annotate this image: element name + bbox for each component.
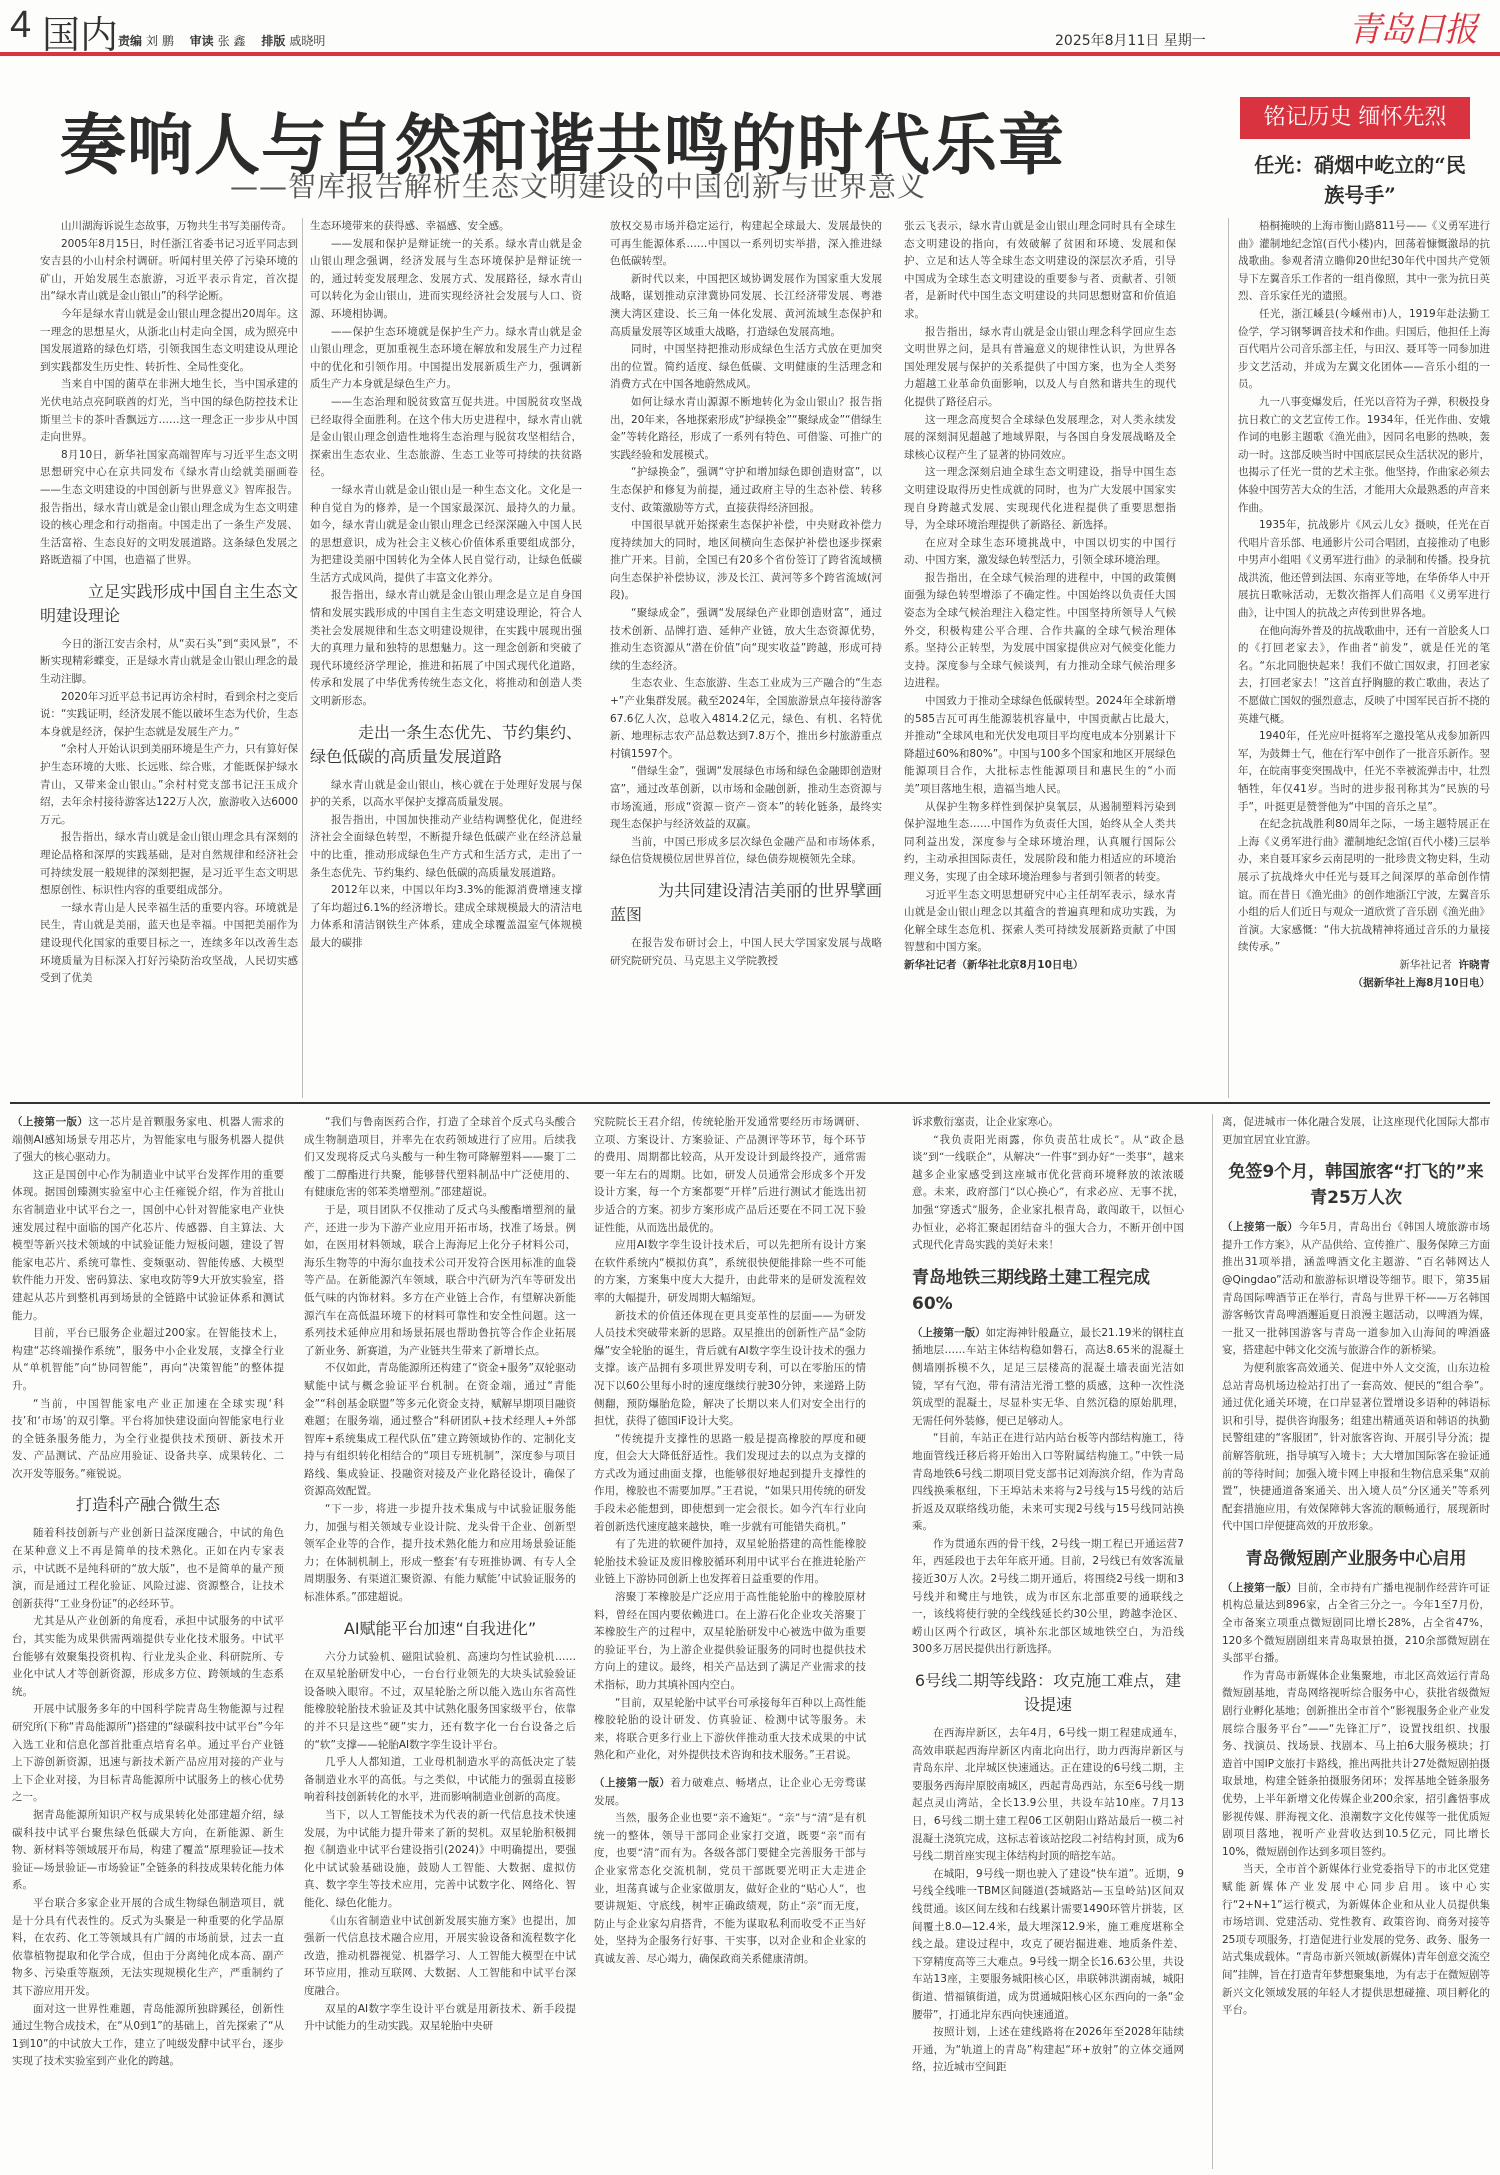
paragraph: 按照计划，上述在建线路将在2026年至2028年陆续开通，为“轨道上的青岛”构建…	[912, 2024, 1184, 2077]
lead-column-1: 山川湖海诉说生态故事，万物共生书写美丽传奇。 2005年8月15日，时任浙江省委…	[40, 218, 298, 1098]
paragraph: 新技术的价值还体现在更具变革性的层面——为研发人员技术突破带来新的思路。双星推出…	[594, 1308, 866, 1431]
lower-column-2: “我们与鲁南医药合作，打造了全球首个反式乌头酸合成生物制造项目，并率先在农药领域…	[304, 1114, 576, 2169]
paragraph: 2005年8月15日，时任浙江省委书记习近平同志到安吉县的小山村余村调研。听闻村…	[40, 236, 298, 306]
paragraph: 在他向海外普及的抗战歌曲中，还有一首脍炙人口的《打回老家去》，作曲者“前发”，就…	[1238, 623, 1490, 729]
paragraph: 从保护生物多样性到保护臭氧层，从遏制塑料污染到保护湿地生态……中国作为负责任大国…	[904, 799, 1176, 887]
paragraph: 当天，全市首个新媒体行业党委指导下的市北区党建赋能新媒体产业发展中心同步启用。该…	[1222, 1861, 1490, 2019]
section-title: 国内	[42, 4, 118, 59]
paragraph: 应用AI数字孪生设计技术后，可以先把所有设计方案在软件系统内“模拟仿真”，系统很…	[594, 1237, 866, 1307]
paragraph: 新时代以来，中国把区域协调发展作为国家重大发展战略，谋划推动京津冀协同发展、长江…	[610, 271, 882, 341]
credit-role: 审读	[190, 34, 214, 48]
paragraph: 一绿水青山就是金山银山是一种生态文化。文化是一种自觉自为的修养，是一个国家最深沉…	[310, 482, 582, 588]
header-divider	[0, 52, 1500, 56]
paragraph: 习近平生态文明思想研究中心主任胡军表示，绿水青山就是金山银山理念以其蕴含的普遍真…	[904, 887, 1176, 957]
lead-column-3: 放权交易市场并稳定运行，构建起全球最大、发展最快的可再生能源体系……中国以一系列…	[610, 218, 882, 1098]
paragraph: “我们与鲁南医药合作，打造了全球首个反式乌头酸合成生物制造项目，并率先在农药领域…	[304, 1114, 576, 1202]
paragraph: 在纪念抗战胜利80周年之际，一场主题特展正在上海《义勇军进行曲》灌制地纪念馆(百…	[1238, 816, 1490, 957]
paragraph: 有了先进的软硬件加持，双星轮胎搭建的高性能橡胶轮胎技术验证及废旧橡胶循环利用中试…	[594, 1536, 866, 1589]
issue-date: 2025年8月11日 星期一	[1055, 30, 1206, 50]
paragraph: 报告指出，绿水青山就是金山银山理念科学回应生态文明世界之问，是具有普遍意义的规律…	[904, 324, 1176, 412]
paragraph: 为便利旅客高效通关、促进中外人文交流，山东边检总站青岛机场边检站打出了一套高效、…	[1222, 1360, 1490, 1536]
credit-name: 张 鑫	[218, 34, 246, 48]
credit-name: 戚晓明	[289, 34, 325, 48]
paragraph: 几乎人人都知道，工业母机制造水平的高低决定了装备制造业水平的高低。与之类似，中试…	[304, 1754, 576, 1807]
paragraph: “下一步，将进一步提升技术集成与中试验证服务能力，加强与相关领域专业设计院、龙头…	[304, 1501, 576, 1607]
paragraph: 绿水青山就是金山银山，核心就在于处理好发展与保护的关系，以高水平保护支撑高质量发…	[310, 777, 582, 812]
paragraph: 8月10日，新华社国家高端智库与习近平生态文明思想研究中心在京共同发布《绿水青山…	[40, 447, 298, 570]
lower-column-3: 究院院长王君介绍，传统轮胎开发通常要经历市场调研、立项、方案设计、方案验证、产品…	[594, 1114, 866, 2169]
section-heading: 6号线二期等线路：攻克施工难点，建设提速	[912, 1669, 1184, 1717]
sidebar-title: 任光：硝烟中屹立的“民族号手”	[1245, 150, 1475, 210]
sidebar-banner: 铭记历史 缅怀先烈	[1240, 97, 1470, 139]
paragraph: 报告指出，绿水青山就是金山银山理念是立足自身国情和发展实践形成的中国自主生态文明…	[310, 587, 582, 710]
paragraph: 今年5月，青岛出台《韩国人境旅游市场提升工作方案》，从产品供给、宣传推广、服务保…	[1222, 1221, 1490, 1356]
column-divider	[302, 218, 303, 1098]
paragraph: 在应对全球生态环境挑战中，中国以切实的中国行动、中国方案，激发绿色转型活力，引领…	[904, 535, 1176, 570]
dateline: （据新华社上海8月10日电）	[1353, 977, 1490, 989]
lower-column-5: 离，促进城市一体化融合发展，让这座现代化国际大都市更加宜居宜业宜游。 免签9个月…	[1222, 1114, 1490, 2169]
article-headline: 青岛微短剧产业服务中心启用	[1222, 1546, 1490, 1572]
paragraph: 究院院长王君介绍，传统轮胎开发通常要经历市场调研、立项、方案设计、方案验证、产品…	[594, 1114, 866, 1237]
section-heading: 走出一条生态优先、节约集约、绿色低碳的高质量发展道路	[310, 721, 582, 769]
continued-label: （上接第一版）	[1222, 1582, 1297, 1594]
lower-column-1: （上接第一版）这一芯片是首颗服务家电、机器人需求的端侧AI感知场景专用芯片，为智…	[12, 1114, 284, 2169]
paragraph: 面对这一世界性难题，青岛能源所独辟蹊径，创新性通过生物合成技术，在“从0到1”的…	[12, 2001, 284, 2071]
paragraph: 一绿水青山是人民幸福生活的重要内容。环境就是民生，青山就是美丽，蓝天也是幸福。中…	[40, 900, 298, 988]
paragraph: 1940年，任光应叶挺将军之邀投笔从戎参加新四军，为鼓舞士气，他在行军中创作了一…	[1238, 728, 1490, 816]
paragraph: 平台联合多家企业开展的合成生物绿色制造项目，就是十分具有代表性的。反式为头聚是一…	[12, 1895, 284, 2001]
paragraph: 目前，平台已服务企业超过200家。在智能技术上，构建“芯终端操作系统”，服务中小…	[12, 1325, 284, 1395]
section-heading: 打造科产融合微生态	[12, 1493, 284, 1517]
paragraph: “传统提升支撑性的思路一般是提高橡胶的厚度和硬度，但会大大降低舒适性。我们发现过…	[594, 1431, 866, 1537]
section-heading: 为共同建设清洁美丽的世界擘画蓝图	[610, 879, 882, 927]
paragraph: 在报告发布研讨会上，中国人民大学国家发展与战略研究院研究员、马克思主义学院教授	[610, 935, 882, 970]
paragraph: “目前，车站正在进行站内站台板等内部结构施工，待地面管线迁移后将开始出入口等附属…	[912, 1430, 1184, 1536]
article-headline: 免签9个月，韩国旅客“打飞的”来青25万人次	[1222, 1159, 1490, 1211]
reporter-name: 许晓青	[1459, 959, 1491, 971]
paragraph: 如定海神针般矗立，最长21.19米的钢柱直插地层……车站主体结构稳如磐石，高达8…	[912, 1327, 1184, 1427]
paragraph: 在西海岸新区，去年4月，6号线一期工程建成通车，高效串联起西海岸新区内南北向出行…	[912, 1725, 1184, 1866]
paragraph: 于是，项目团队不仅推动了反式乌头酸酯增塑剂的量产，还进一步为下游产业应用开拓市场…	[304, 1202, 576, 1360]
paragraph: 离，促进城市一体化融合发展，让这座现代化国际大都市更加宜居宜业宜游。	[1222, 1114, 1490, 1149]
column-divider	[1228, 218, 1229, 1098]
paragraph: 今日的浙江安吉余村，从“卖石头”到“卖风景”，不断实现精彩蝶变，正是绿水青山就是…	[40, 636, 298, 689]
lead-subhead: ——智库报告解析生态文明建设的中国创新与世界意义	[230, 165, 926, 205]
sidebar-dateline: （据新华社上海8月10日电）	[1238, 975, 1490, 993]
lead-column-4: 张云飞表示，绿水青山就是金山银山理念同时具有全球生态文明建设的指向，有效破解了贫…	[904, 218, 1176, 1098]
paragraph: 据青岛能源所知识产权与成果转化处邵建超介绍，绿碳科技中试平台聚焦绿色低碳大方向，…	[12, 1807, 284, 1895]
paragraph: “借绿生金”，强调“发展绿色市场和绿色金融即创造财富”，通过改革创新，以市场和金…	[610, 763, 882, 833]
byline: 新华社记者（新华社北京8月10日电）	[904, 957, 1176, 975]
paragraph: 放权交易市场并稳定运行，构建起全球最大、发展最快的可再生能源体系……中国以一系列…	[610, 218, 882, 271]
paragraph: 当然，服务企业也要“亲不逾矩”。“亲”与“清”是有机统一的整体，领导干部同企业家…	[594, 1810, 866, 1968]
paragraph: 报告指出，绿水青山就是金山银山理念具有深刻的理论品格和深厚的实践基础，是对自然规…	[40, 829, 298, 899]
paragraph: 报告指出，在全球气候治理的进程中，中国的政策侧面强为绿色转型增添了不确定性。中国…	[904, 570, 1176, 693]
paragraph: 如何让绿水青山源源不断地转化为金山银山？报告指出，20年来，各地探索形成“护绿换…	[610, 394, 882, 464]
paragraph: “目前，双星轮胎中试平台可承接每年百种以上高性能橡胶轮胎的设计研发、仿真验证、检…	[594, 1695, 866, 1765]
paragraph: 随着科技创新与产业创新日益深度融合，中试的角色在某种意义上不再是简单的技术熟化。…	[12, 1525, 284, 1613]
column-divider	[1212, 1114, 1213, 2169]
paragraph: 当来自中国的菌草在非洲大地生长，当中国承建的光伏电站点亮阿联酋的灯光，当中国的绿…	[40, 376, 298, 446]
paragraph: 这一理念高度契合全球绿色发展理念，对人类永续发展的深刻洞见超越了地域界限，与各国…	[904, 412, 1176, 465]
sidebar-article: 梧桐掩映的上海市衡山路811号——《义勇军进行曲》灌制地纪念馆(百代小楼)内，回…	[1238, 218, 1490, 1098]
paragraph: “聚绿成金”，强调“发展绿色产业即创造财富”，通过技术创新、品牌打造、延伸产业链…	[610, 605, 882, 675]
continued-label: （上接第一版）	[12, 1116, 88, 1128]
paragraph: 同时，中国坚持把推动形成绿色生活方式放在更加突出的位置。简约适度、绿色低碳、文明…	[610, 341, 882, 394]
paragraph: 溶聚丁苯橡胶是广泛应用于高性能轮胎中的橡胶原材料，曾经在国内要依赖进口。在上游石…	[594, 1589, 866, 1695]
reporter-label: 新华社记者	[1399, 959, 1452, 971]
paragraph: 任光，浙江嵊县(今嵊州市)人，1919年赴法勤工俭学，学习钢琴调音技术和作曲。归…	[1238, 306, 1490, 394]
editor-credits: 责编刘 鹏 审读张 鑫 排版戚晓明	[118, 32, 337, 49]
page-number: 4	[10, 4, 31, 47]
section-heading: AI赋能平台加速“自我进化”	[304, 1617, 576, 1641]
paragraph: 在城阳，9号线一期也驶入了建设“快车道”。近期，9号线全线唯一TBM区间隧道(荟…	[912, 1866, 1184, 2024]
sidebar-byline: 新华社记者 许晓青	[1238, 957, 1490, 975]
paragraph: “我负责阳光雨露，你负责茁壮成长”。从“政企恳谈”到“一线联企”，从解决“一件事…	[912, 1132, 1184, 1255]
paragraph: 张云飞表示，绿水青山就是金山银山理念同时具有全球生态文明建设的指向，有效破解了贫…	[904, 218, 1176, 324]
paragraph: ——发展和保护是辩证统一的关系。绿水青山就是金山银山理念强调，经济发展与生态环境…	[310, 236, 582, 324]
paragraph: 当前，中国已形成多层次绿色金融产品和市场体系，绿色信贷规模位居世界首位，绿色债券…	[610, 834, 882, 869]
paragraph: 当下，以人工智能技术为代表的新一代信息技术快速发展，为中试能力提升带来了新的契机…	[304, 1807, 576, 1913]
paragraph: 2020年习近平总书记再访余村时，看到余村之变后说：“实践证明，经济发展不能以破…	[40, 689, 298, 742]
paragraph: ——生态治理和脱贫致富互促共进。中国脱贫攻坚战已经取得全面胜利。在这个伟大历史进…	[310, 394, 582, 482]
section-heading: 立足实践形成中国自主生态文明建设理论	[40, 580, 298, 628]
paragraph: 尤其是从产业创新的角度看，承担中试服务的中试平台，其实能为成果供需两端提供专业化…	[12, 1613, 284, 1701]
credit-name: 刘 鹏	[146, 34, 174, 48]
paragraph: 这一理念深刻启迪全球生态文明建设，指导中国生态文明建设取得历史性成就的同时，也为…	[904, 464, 1176, 534]
paragraph: 九一八事变爆发后，任光以音符为子弹，积极投身抗日救亡的文艺宣传工作。1934年，…	[1238, 394, 1490, 517]
paragraph: 2012年以来，中国以年均3.3%的能源消费增速支撑了年均超过6.1%的经济增长…	[310, 882, 582, 952]
paragraph: 生态农业、生态旅游、生态工业成为三产融合的“生态+”产业集群发展。截至2024年…	[610, 675, 882, 763]
paragraph: 作为青岛市新媒体企业集聚地，市北区高效运行青岛微短剧基地，青岛网络视听综合服务中…	[1222, 1668, 1490, 1862]
lower-column-4: 诉求敷衍塞责，让企业家寒心。 “我负责阳光雨露，你负责茁壮成长”。从“政企恳谈”…	[912, 1114, 1184, 2169]
lead-column-2: 生态环境带来的获得感、幸福感、安全感。 ——发展和保护是辩证统一的关系。绿水青山…	[310, 218, 582, 1098]
paragraph: 今年是绿水青山就是金山银山理念提出20周年。这一理念的思想星火，从浙北山村走向全…	[40, 306, 298, 376]
paragraph: 作为贯通东西的骨干线，2号线一期工程已开通运营7年，西延段也于去年年底开通。目前…	[912, 1536, 1184, 1659]
paragraph: 《山东省制造业中试创新发展实施方案》也提出，加强新一代信息技术融合应用，开展实验…	[304, 1913, 576, 2001]
masthead: 4 国内 责编刘 鹏 审读张 鑫 排版戚晓明 2025年8月11日 星期一 青岛…	[0, 0, 1500, 56]
paragraph: 双星的AI数字孪生设计平台就是用新技术、新手段提升中试能力的生动实践。双星轮胎中…	[304, 2001, 576, 2036]
paragraph: 生态环境带来的获得感、幸福感、安全感。	[310, 218, 582, 236]
continued-label: （上接第一版）	[1222, 1221, 1298, 1233]
paragraph: 1935年，抗战影片《风云儿女》摄映，任光在百代唱片音乐部、电通影片公司合唱团，…	[1238, 517, 1490, 623]
continued-label: （上接第一版）	[594, 1777, 670, 1789]
paragraph: 山川湖海诉说生态故事，万物共生书写美丽传奇。	[40, 218, 298, 236]
paragraph: 不仅如此，青岛能源所还构建了“资金+服务”双轮驱动赋能中试与概念验证平台机制。在…	[304, 1360, 576, 1501]
paragraph: 中国很早就开始探索生态保护补偿，中央财政补偿力度持续加大的同时，地区间横向生态保…	[610, 517, 882, 605]
paragraph: 这正是国创中心作为制造业中试平台发挥作用的重要体现。据国创臻测实验室中心主任雍锐…	[12, 1167, 284, 1325]
paragraph: 诉求敷衍塞责，让企业家寒心。	[912, 1114, 1184, 1132]
paragraph: “护绿换金”，强调“守护和增加绿色即创造财富”，以生态保护和修复为前提，通过政府…	[610, 464, 882, 517]
paragraph: 六分力试验机、磁阻试验机、高速均匀性试验机……在双星轮胎研发中心，一台台行业领先…	[304, 1649, 576, 1755]
paragraph: 开展中试服务多年的中国科学院青岛生物能源与过程研究所(下称“青岛能源所”)搭建的…	[12, 1701, 284, 1807]
newspaper-logo: 青岛日报	[1348, 2, 1476, 51]
paragraph: “余村人开始认识到美丽环境是生产力，只有算好保护生态环境的大账、长远账、综合账，…	[40, 741, 298, 829]
credit-role: 责编	[118, 34, 142, 48]
continued-label: （上接第一版）	[912, 1327, 986, 1339]
credit-role: 排版	[261, 34, 285, 48]
paragraph: 中国致力于推动全球绿色低碳转型。2024年全球新增的585吉瓦可再生能源装机容量…	[904, 693, 1176, 799]
paragraph: ——保护生态环境就是保护生产力。绿水青山就是金山银山理念，更加重视生态环境在解放…	[310, 324, 582, 394]
paragraph: 目前，全市持有广播电视制作经营许可证机构总量达到896家，占全省三分之一。今年1…	[1222, 1582, 1490, 1664]
paragraph: “当前，中国智能家电产业正加速在全球实现‘科技’和‘市场’的双引擎。平台将加快建…	[12, 1396, 284, 1484]
paragraph: 报告指出，中国加快推动产业结构调整优化，促进经济社会全面绿色转型，不断提升绿色低…	[310, 812, 582, 882]
paragraph: 梧桐掩映的上海市衡山路811号——《义勇军进行曲》灌制地纪念馆(百代小楼)内，回…	[1238, 218, 1490, 306]
fold-divider	[10, 1102, 1490, 1104]
article-headline: 青岛地铁三期线路土建工程完成60%	[912, 1265, 1184, 1317]
